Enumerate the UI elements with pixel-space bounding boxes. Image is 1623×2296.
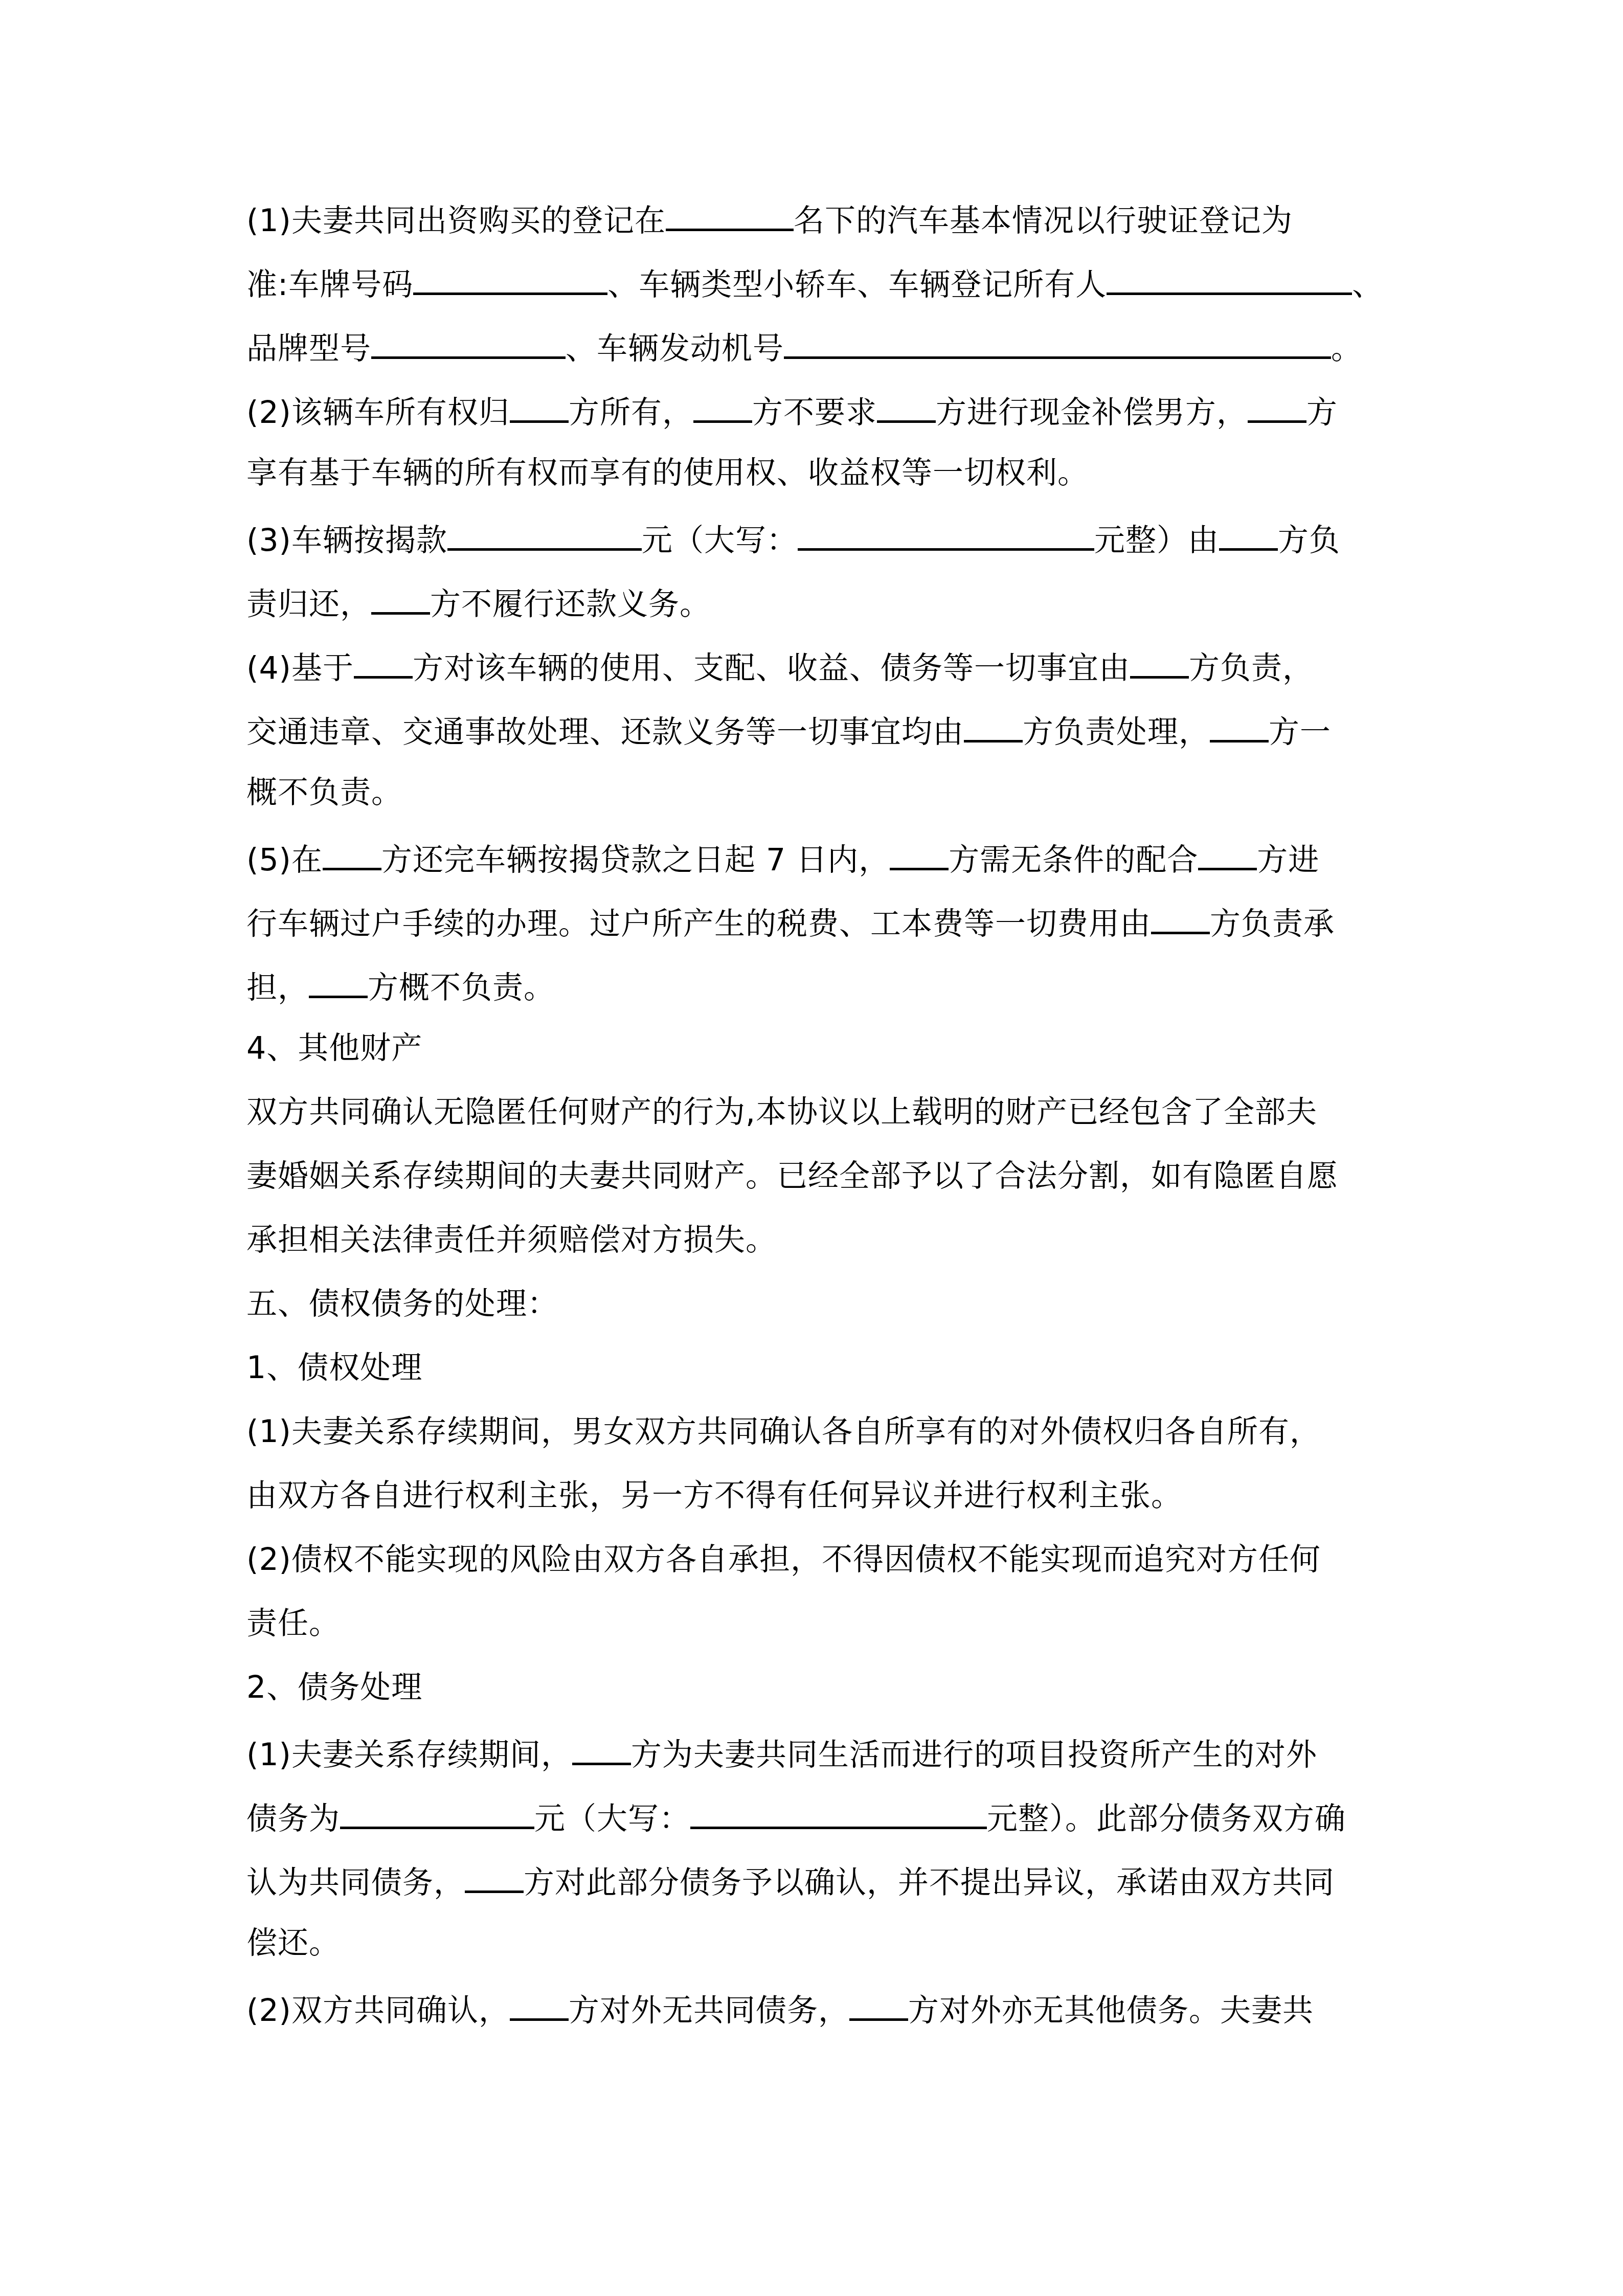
text-line: (2)债权不能实现的风险由双方各自承担，不得因债权不能实现而追究对方任何 xyxy=(246,1544,1387,1608)
fill-blank[interactable] xyxy=(877,394,936,423)
text-line: 双方共同确认无隐匿任何财产的行为,本协议以上载明的财产已经包含了全部夫 xyxy=(246,1097,1387,1161)
text-line: (1)夫妻共同出资购买的登记在名下的汽车基本情况以行驶证登记为 xyxy=(246,202,1387,266)
text-line: 承担相关法律责任并须赔偿对方损失。 xyxy=(246,1225,1387,1289)
text-line: (3)车辆按揭款元（大写：元整）由方负 xyxy=(246,522,1387,586)
fill-blank[interactable] xyxy=(849,1992,908,2021)
text-line: (4)基于方对该车辆的使用、支配、收益、债务等一切事宜由方负责， xyxy=(246,649,1387,713)
fill-blank[interactable] xyxy=(447,522,642,551)
section-heading: 1、债权处理 xyxy=(246,1353,1387,1416)
fill-blank[interactable] xyxy=(1107,266,1352,295)
fill-blank[interactable] xyxy=(1248,394,1306,423)
fill-blank[interactable] xyxy=(798,522,1094,551)
fill-blank[interactable] xyxy=(354,649,413,679)
section-heading: 4、其他财产 xyxy=(246,1033,1387,1097)
text-line: 行车辆过户手续的办理。过户所产生的税费、工本费等一切费用由方负责承 xyxy=(246,905,1387,969)
fill-blank[interactable] xyxy=(371,330,566,359)
fill-blank[interactable] xyxy=(371,586,430,615)
text-line: 偿还。 xyxy=(246,1928,1387,1992)
document-page: (1)夫妻共同出资购买的登记在名下的汽车基本情况以行驶证登记为 准:车牌号码、车… xyxy=(246,202,1387,2056)
text-line: (2)双方共同确认，方对外无共同债务，方对外亦无其他债务。夫妻共 xyxy=(246,1992,1387,2056)
text-line: 债务为元（大写：元整）。此部分债务双方确 xyxy=(246,1800,1387,1864)
section-heading: 2、债务处理 xyxy=(246,1672,1387,1736)
fill-blank[interactable] xyxy=(572,1736,631,1765)
fill-blank[interactable] xyxy=(510,1992,569,2021)
fill-blank[interactable] xyxy=(690,1800,987,1829)
fill-blank[interactable] xyxy=(309,969,368,998)
fill-blank[interactable] xyxy=(1210,713,1269,742)
fill-blank[interactable] xyxy=(465,1864,524,1893)
fill-blank[interactable] xyxy=(1198,841,1257,870)
text-line: (2)该辆车所有权归方所有，方不要求方进行现金补偿男方，方 xyxy=(246,394,1387,458)
text-line: 妻婚姻关系存续期间的夫妻共同财产。已经全部予以了合法分割，如有隐匿自愿 xyxy=(246,1161,1387,1225)
text-line: (1)夫妻关系存续期间，男女双方共同确认各自所享有的对外债权归各自所有， xyxy=(246,1416,1387,1480)
text-line: 责任。 xyxy=(246,1608,1387,1672)
fill-blank[interactable] xyxy=(1130,649,1189,679)
fill-blank[interactable] xyxy=(1219,522,1278,551)
fill-blank[interactable] xyxy=(323,841,381,870)
fill-blank[interactable] xyxy=(693,394,752,423)
fill-blank[interactable] xyxy=(964,713,1023,742)
text-line: 担，方概不负责。 xyxy=(246,969,1387,1033)
text-line: 概不负责。 xyxy=(246,777,1387,841)
text-line: (5)在方还完车辆按揭贷款之日起 7 日内，方需无条件的配合方进 xyxy=(246,841,1387,905)
text-line: (1)夫妻关系存续期间，方为夫妻共同生活而进行的项目投资所产生的对外 xyxy=(246,1736,1387,1800)
fill-blank[interactable] xyxy=(890,841,949,870)
fill-blank[interactable] xyxy=(784,330,1331,359)
text-line: 享有基于车辆的所有权而享有的使用权、收益权等一切权利。 xyxy=(246,458,1387,522)
fill-blank[interactable] xyxy=(510,394,569,423)
text-line: 品牌型号、车辆发动机号。 xyxy=(246,330,1387,394)
text-line: 认为共同债务，方对此部分债务予以确认，并不提出异议，承诺由双方共同 xyxy=(246,1864,1387,1928)
fill-blank[interactable] xyxy=(666,202,794,231)
text-line: 准:车牌号码、车辆类型小轿车、车辆登记所有人、 xyxy=(246,266,1387,330)
text-line: 由双方各自进行权利主张，另一方不得有任何异议并进行权利主张。 xyxy=(246,1480,1387,1544)
fill-blank[interactable] xyxy=(1151,905,1210,934)
text-line: 责归还，方不履行还款义务。 xyxy=(246,586,1387,649)
text-line: 交通违章、交通事故处理、还款义务等一切事宜均由方负责处理，方一 xyxy=(246,713,1387,777)
fill-blank[interactable] xyxy=(340,1800,534,1829)
section-heading: 五、债权债务的处理： xyxy=(246,1289,1387,1353)
fill-blank[interactable] xyxy=(413,266,607,295)
